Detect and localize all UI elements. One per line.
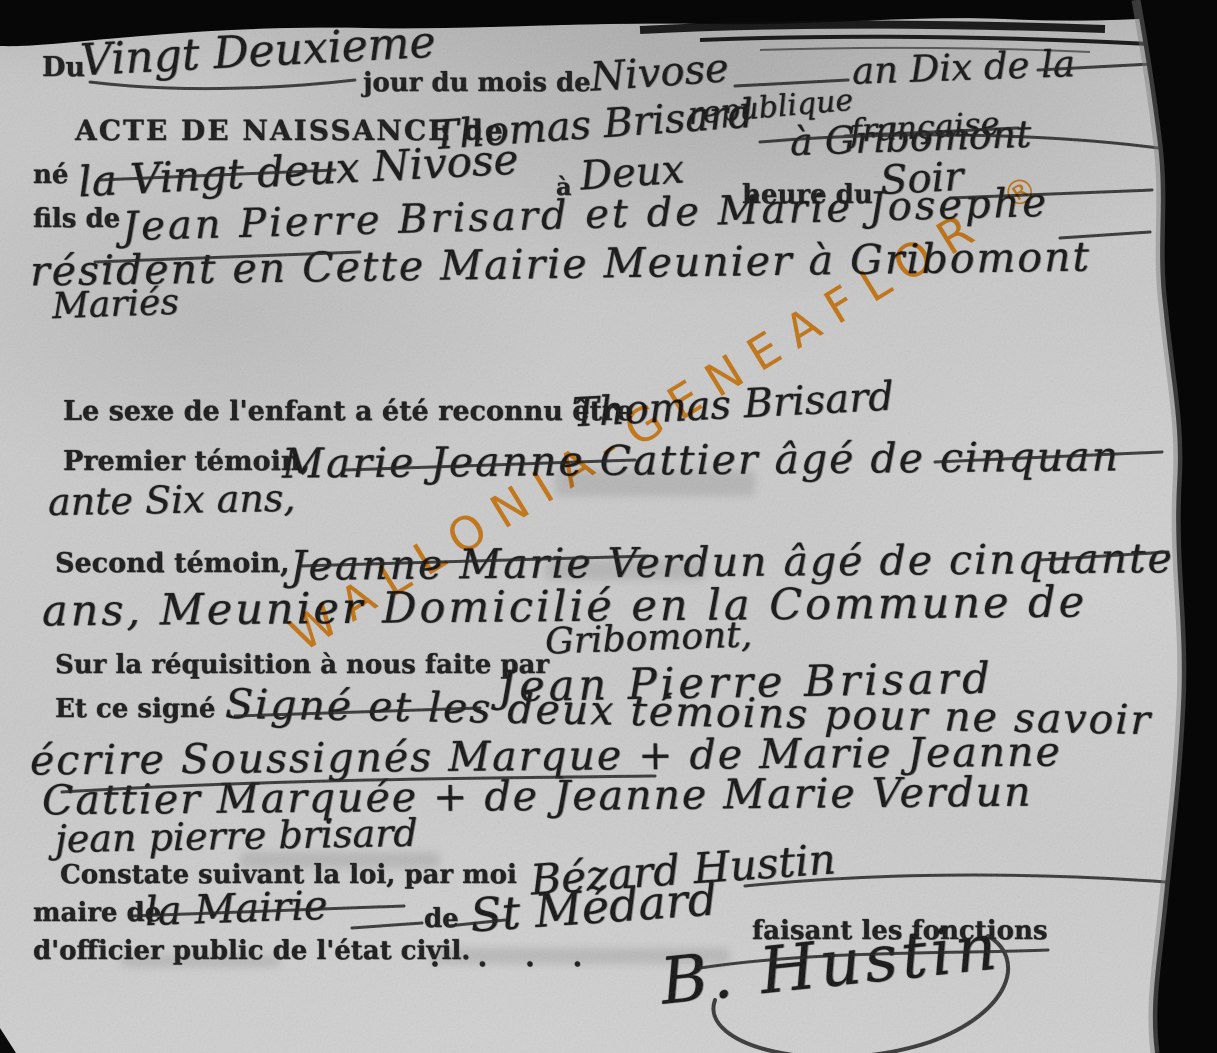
printed-label-second-temoin: Second témoin, — [55, 548, 290, 579]
scan-streak — [640, 25, 1105, 30]
printed-label-de: de — [424, 904, 459, 934]
printed-label-officier-public: d'officier public de l'état civil. — [33, 936, 470, 966]
printed-label-et-ce-signe: Et ce signé — [55, 694, 215, 724]
printed-label-requisition: Sur la réquisition à nous faite par — [55, 650, 549, 680]
signature: B. Hustin — [657, 910, 1004, 1019]
handwritten-maries: Mariés — [51, 282, 179, 327]
scan-streak — [700, 37, 1150, 44]
printed-label-fils-de: fils de — [33, 204, 120, 234]
printed-label-ne: né — [33, 160, 68, 190]
corner-bottom-left — [0, 1028, 16, 1053]
printed-ellipsis-dots: . . . . — [430, 940, 596, 973]
handwritten-signe-line4: jean pierre brisard — [55, 811, 418, 861]
printed-label-du: Du — [42, 52, 85, 83]
handwritten-mairie: la Mairie — [144, 883, 328, 935]
printed-label-premier-temoin: Premier témoin, — [63, 446, 310, 477]
handwritten-temoin1-line1: Marie Jeanne Cattier âgé de cinquan — [282, 432, 1120, 487]
handwritten-year: an Dix de la — [851, 42, 1075, 93]
birth-certificate-scan: Du Vingt Deuxieme jour du mois de Nivose… — [0, 0, 1217, 1053]
torn-edge-right — [1136, 0, 1217, 1053]
printed-label-maire-de: maire de — [33, 898, 161, 928]
printed-label-jour-du-mois: jour du mois de — [363, 68, 591, 98]
registered-trademark-icon: ® — [995, 167, 1045, 219]
handwritten-temoin1-line2: ante Six ans, — [48, 476, 296, 524]
handwritten-month: Nivose — [589, 45, 731, 101]
printed-label-sexe: Le sexe de l'enfant a été reconnu être — [63, 396, 633, 427]
handwritten-temoin2-line3: Gribomont, — [544, 614, 752, 662]
torn-edge-shadow — [1136, 0, 1182, 1053]
